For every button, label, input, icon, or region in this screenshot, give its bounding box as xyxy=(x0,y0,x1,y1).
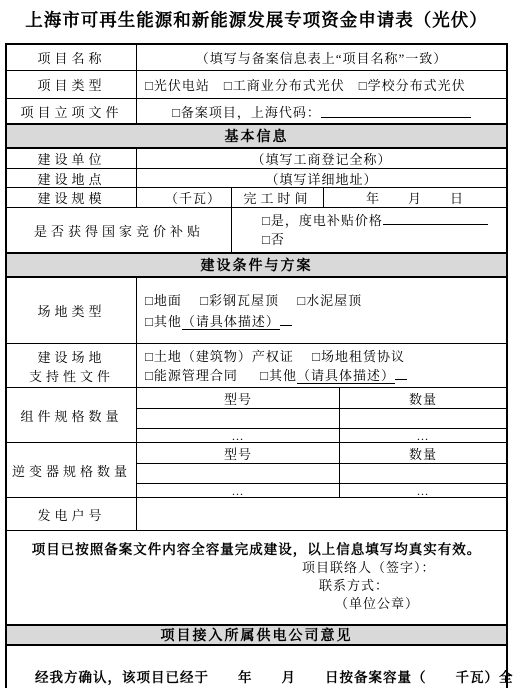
support-other-blank[interactable] xyxy=(395,366,407,380)
support-docs-options: □土地（建筑物）产权证 □场地租赁协议 □能源管理合同 □其他（请具体描述） xyxy=(137,344,506,387)
module-specs-table: 型号 数量 … … xyxy=(137,388,506,442)
row-national-subsidy: 是否获得国家竞价补贴 □是，度电补贴价格 □否 xyxy=(7,208,506,253)
approval-doc-value: □备案项目，上海代码： xyxy=(137,99,506,123)
inverter-qty-ellipsis: … xyxy=(340,484,506,497)
checkbox-option-support-other[interactable]: □其他 xyxy=(260,368,297,383)
checkbox-option-energy-contract[interactable]: □能源管理合同 xyxy=(145,368,238,383)
scale-kw-unit[interactable]: （千瓦） xyxy=(137,188,232,207)
basic-info-title: 基本信息 xyxy=(7,125,506,147)
construction-location-label: 建设地点 xyxy=(7,169,137,187)
module-model-input-cell[interactable] xyxy=(137,409,340,428)
inverter-specs-header-row: 型号 数量 xyxy=(137,443,506,464)
checkbox-option-lease-agreement[interactable]: □场地租赁协议 xyxy=(312,349,405,364)
project-type-label: 项目类型 xyxy=(7,71,137,98)
grid-company-confirmation-text: 经我方确认，该项目已经于 年 月 日按备案容量（ 千瓦）全容 xyxy=(7,646,506,688)
module-qty-ellipsis: … xyxy=(340,429,506,442)
site-type-line1: □地面 □彩钢瓦屋顶 □水泥屋顶 xyxy=(145,290,506,311)
row-site-type: 场地类型 □地面 □彩钢瓦屋顶 □水泥屋顶 □其他（请具体描述） xyxy=(7,278,506,344)
module-specs-entry-row xyxy=(137,409,506,429)
row-inverter-specs: 逆变器规格数量 型号 数量 … … xyxy=(7,443,506,498)
row-project-type: 项目类型 □光伏电站 □工商业分布式光伏 □学校分布式光伏 xyxy=(7,71,506,99)
approval-doc-label: 项目立项文件 xyxy=(7,99,137,123)
construction-location-value[interactable]: （填写详细地址） xyxy=(137,169,506,187)
module-specs-header-row: 型号 数量 xyxy=(137,388,506,409)
site-other-blank[interactable] xyxy=(280,312,292,326)
project-name-label: 项目名称 xyxy=(7,45,137,70)
completion-time-label: 完工时间 xyxy=(232,188,324,207)
form-page: 上海市可再生能源和新能源发展专项资金申请表（光伏） 项目名称 （填写与备案信息表… xyxy=(0,0,513,688)
subsidy-price-blank[interactable] xyxy=(383,211,488,225)
checkbox-option-commercial-distributed[interactable]: □工商业分布式光伏 xyxy=(224,75,345,94)
conditions-title: 建设条件与方案 xyxy=(7,254,506,276)
inverter-specs-ellipsis-row: … … xyxy=(137,484,506,497)
row-scale-completion: 建设规模 （千瓦） 完工时间 年 月 日 xyxy=(7,188,506,208)
project-type-options: □光伏电站 □工商业分布式光伏 □学校分布式光伏 xyxy=(137,71,506,98)
contact-signature-line[interactable]: 项目联络人（签字）： xyxy=(7,559,506,577)
site-type-options: □地面 □彩钢瓦屋顶 □水泥屋顶 □其他（请具体描述） xyxy=(137,278,506,343)
checkbox-option-ground[interactable]: □地面 xyxy=(145,293,182,308)
inverter-model-input-cell[interactable] xyxy=(137,464,340,483)
module-model-column-header: 型号 xyxy=(137,388,340,408)
row-support-docs: 建设场地 支持性文件 □土地（建筑物）产权证 □场地租赁协议 □能源管理合同 □… xyxy=(7,344,506,388)
declaration-cell: 项目已按照备案文件内容全容量完成建设，以上信息填写均真实有效。 项目联络人（签字… xyxy=(7,531,506,624)
shanghai-code-blank[interactable] xyxy=(321,104,471,118)
site-type-label: 场地类型 xyxy=(7,278,137,343)
site-type-line2: □其他（请具体描述） xyxy=(145,311,506,332)
checkbox-option-concrete-roof[interactable]: □水泥屋顶 xyxy=(297,293,362,308)
row-module-specs: 组件规格数量 型号 数量 … … xyxy=(7,388,506,443)
national-subsidy-options: □是，度电补贴价格 □否 xyxy=(232,208,506,252)
grid-company-opinion-title: 项目接入所属供电公司意见 xyxy=(7,626,506,644)
inverter-model-column-header: 型号 xyxy=(137,443,340,463)
generation-account-label: 发电户号 xyxy=(7,498,137,530)
row-project-name: 项目名称 （填写与备案信息表上“项目名称”一致） xyxy=(7,45,506,71)
inverter-specs-entry-row xyxy=(137,464,506,484)
contact-info-line[interactable]: 联系方式： xyxy=(7,577,506,595)
inverter-specs-table: 型号 数量 … … xyxy=(137,443,506,497)
subsidy-no-line: □否 xyxy=(262,230,506,249)
module-model-ellipsis: … xyxy=(137,429,340,442)
section-header-conditions: 建设条件与方案 xyxy=(7,253,506,278)
support-docs-label: 建设场地 支持性文件 xyxy=(7,344,137,387)
checkbox-option-steel-roof[interactable]: □彩钢瓦屋顶 xyxy=(200,293,279,308)
checkbox-option-property-certificate[interactable]: □土地（建筑物）产权证 xyxy=(145,349,294,364)
completion-date-value[interactable]: 年 月 日 xyxy=(324,188,506,207)
support-docs-label-line2: 支持性文件 xyxy=(7,366,136,385)
checkbox-option-pv-station[interactable]: □光伏电站 xyxy=(145,75,210,94)
checkbox-option-school-distributed[interactable]: □学校分布式光伏 xyxy=(359,75,466,94)
inverter-qty-column-header: 数量 xyxy=(340,443,506,463)
support-docs-line1: □土地（建筑物）产权证 □场地租赁协议 xyxy=(145,347,506,366)
site-other-description[interactable]: （请具体描述） xyxy=(182,314,280,330)
inverter-specs-label: 逆变器规格数量 xyxy=(7,443,137,497)
module-specs-label: 组件规格数量 xyxy=(7,388,137,442)
company-seal-line: （单位公章） xyxy=(7,595,506,613)
row-approval-doc: 项目立项文件 □备案项目，上海代码： xyxy=(7,99,506,124)
declaration-statement: 项目已按照备案文件内容全容量完成建设，以上信息填写均真实有效。 xyxy=(7,540,506,559)
checkbox-option-filed-project[interactable]: □备案项目，上海代码： xyxy=(172,102,321,121)
inverter-qty-input-cell[interactable] xyxy=(340,464,506,483)
module-qty-column-header: 数量 xyxy=(340,388,506,408)
subsidy-yes-line: □是，度电补贴价格 xyxy=(262,211,506,230)
support-docs-line2: □能源管理合同 □其他（请具体描述） xyxy=(145,366,506,385)
section-header-basic-info: 基本信息 xyxy=(7,124,506,149)
construction-scale-label: 建设规模 xyxy=(7,188,137,207)
row-generation-account: 发电户号 xyxy=(7,498,506,531)
module-qty-input-cell[interactable] xyxy=(340,409,506,428)
row-construction-location: 建设地点 （填写详细地址） xyxy=(7,169,506,188)
row-construction-unit: 建设单位 （填写工商登记全称） xyxy=(7,149,506,169)
project-name-value[interactable]: （填写与备案信息表上“项目名称”一致） xyxy=(137,45,506,70)
support-docs-label-line1: 建设场地 xyxy=(7,347,136,366)
form-title: 上海市可再生能源和新能源发展专项资金申请表（光伏） xyxy=(0,7,513,32)
row-declaration: 项目已按照备案文件内容全容量完成建设，以上信息填写均真实有效。 项目联络人（签字… xyxy=(7,531,506,625)
module-specs-ellipsis-row: … … xyxy=(137,429,506,442)
generation-account-input-cell[interactable] xyxy=(137,498,506,530)
construction-unit-value[interactable]: （填写工商登记全称） xyxy=(137,149,506,168)
checkbox-option-subsidy-yes[interactable]: □是，度电补贴价格 xyxy=(262,213,383,228)
checkbox-option-subsidy-no[interactable]: □否 xyxy=(262,232,285,247)
row-grid-company-confirmation: 经我方确认，该项目已经于 年 月 日按备案容量（ 千瓦）全容 xyxy=(7,646,506,688)
application-table: 项目名称 （填写与备案信息表上“项目名称”一致） 项目类型 □光伏电站 □工商业… xyxy=(5,43,508,688)
support-other-description[interactable]: （请具体描述） xyxy=(297,368,395,384)
construction-unit-label: 建设单位 xyxy=(7,149,137,168)
inverter-model-ellipsis: … xyxy=(137,484,340,497)
national-subsidy-label: 是否获得国家竞价补贴 xyxy=(7,208,232,252)
section-header-grid-company-opinion: 项目接入所属供电公司意见 xyxy=(7,625,506,646)
checkbox-option-site-other[interactable]: □其他 xyxy=(145,314,182,329)
